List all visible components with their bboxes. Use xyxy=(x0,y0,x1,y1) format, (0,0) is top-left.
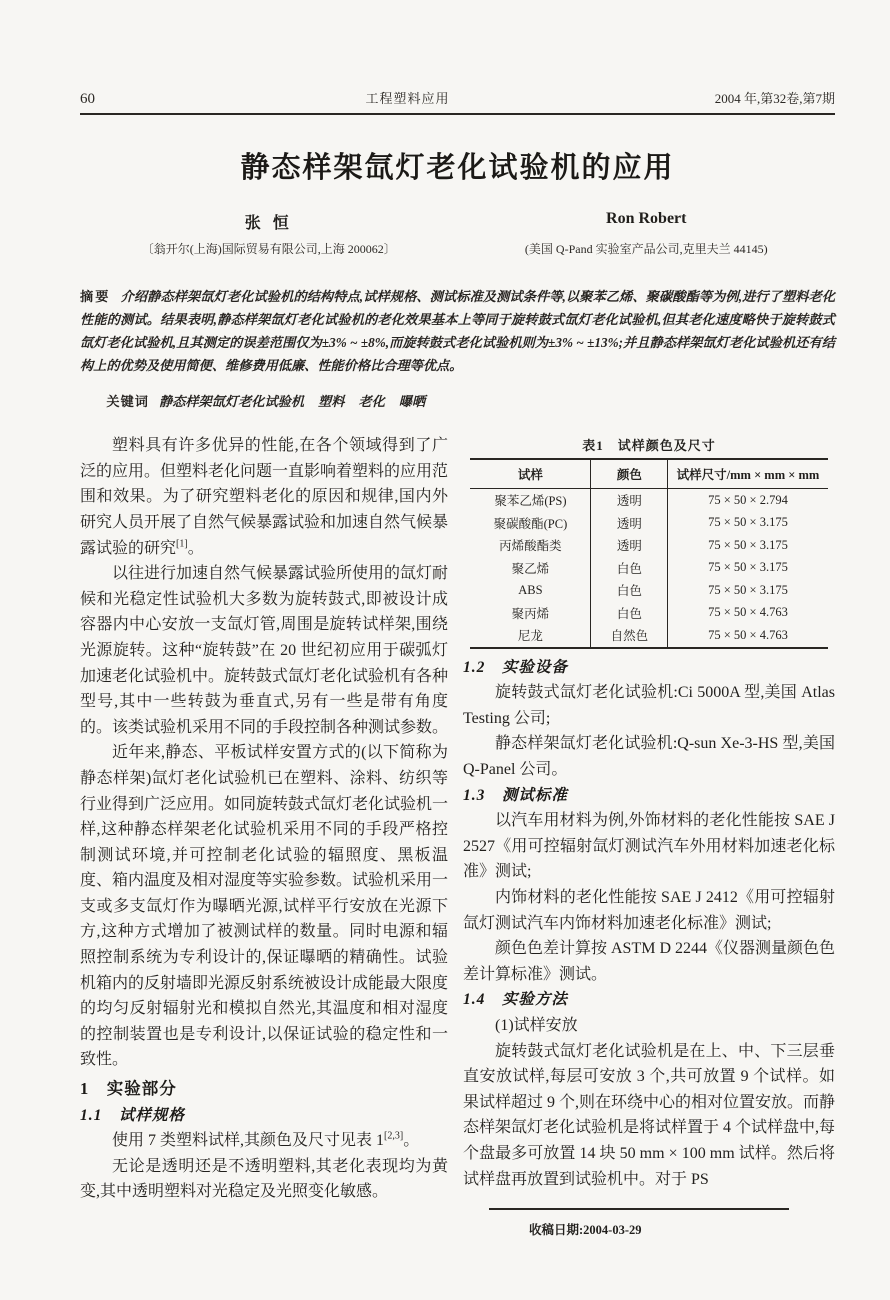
subsection-heading-specimen-spec: 1.1 试样规格 xyxy=(80,1103,448,1129)
footnote-divider xyxy=(489,1208,789,1210)
table-cell: 75 × 50 × 4.763 xyxy=(668,624,828,648)
table-cell: 75 × 50 × 3.175 xyxy=(668,557,828,580)
reference-marker: [1] xyxy=(176,538,188,549)
affiliation-row: 〔翁开尔(上海)国际贸易有限公司,上海 200062〕 (美国 Q-Pand 实… xyxy=(80,240,835,257)
table-row: 尼龙 自然色 75 × 50 × 4.763 xyxy=(470,624,827,648)
affiliation-en: (美国 Q-Pand 实验室产品公司,克里夫兰 44145) xyxy=(458,240,836,257)
table-cell: 白色 xyxy=(591,557,668,580)
table-cell: 尼龙 xyxy=(470,624,591,648)
paragraph-standard-3: 颜色色差计算按 ASTM D 2244《仪器测量颜色色差计算标准》测试。 xyxy=(463,936,835,987)
section-heading-experiment: 1 实验部分 xyxy=(80,1076,448,1102)
table-cell: 75 × 50 × 4.763 xyxy=(668,602,828,625)
table-header-cell: 试样尺寸/mm × mm × mm xyxy=(668,459,828,489)
author-en: Ron Robert xyxy=(458,210,836,233)
paragraph-static-rack: 近年来,静态、平板试样安置方式的(以下简称为静态样架)氙灯老化试验机已在塑料、涂… xyxy=(80,740,448,1073)
paragraph-specimens: 使用 7 类塑料试样,其颜色及尺寸见表 1[2,3]。 xyxy=(80,1128,448,1154)
paragraph-equipment-2: 静态样架氙灯老化试验机:Q-sun Xe-3-HS 型,美国 Q-Panel 公… xyxy=(463,731,835,782)
journal-title: 工程塑料应用 xyxy=(210,88,605,107)
subsection-heading-equipment: 1.2 实验设备 xyxy=(463,655,835,681)
reference-marker: [2,3] xyxy=(384,1131,403,1142)
paragraph-transparency: 无论是透明还是不透明塑料,其老化表现均为黄变,其中透明塑料对光稳定及光照变化敏感… xyxy=(80,1154,448,1205)
table-cell: 75 × 50 × 3.175 xyxy=(668,534,828,557)
right-column: 表1 试样颜色及尺寸 试样 颜色 试样尺寸/mm × mm × mm 聚苯乙烯(… xyxy=(463,433,835,1238)
abstract: 摘要介绍静态样架氙灯老化试验机的结构特点,试样规格、测试标准及测试条件等,以聚苯… xyxy=(80,285,835,377)
paragraph-text: 。 xyxy=(403,1132,419,1149)
paragraph-text: 使用 7 类塑料试样,其颜色及尺寸见表 1 xyxy=(112,1132,384,1149)
paragraph-equipment-1: 旋转鼓式氙灯老化试验机:Ci 5000A 型,美国 Atlas Testing … xyxy=(463,680,835,731)
table-cell: 聚乙烯 xyxy=(470,557,591,580)
keyword: 老化 xyxy=(358,394,384,409)
abstract-text: 介绍静态样架氙灯老化试验机的结构特点,试样规格、测试标准及测试条件等,以聚苯乙烯… xyxy=(80,289,835,373)
table-cell: 聚苯乙烯(PS) xyxy=(470,489,591,512)
paragraph-method-step: (1)试样安放 xyxy=(463,1013,835,1039)
table-caption: 表1 试样颜色及尺寸 xyxy=(463,435,835,454)
table-specimen-color-size: 试样 颜色 试样尺寸/mm × mm × mm 聚苯乙烯(PS) 透明 75 ×… xyxy=(470,458,827,649)
keyword: 静态样架氙灯老化试验机 xyxy=(159,394,304,409)
paragraph-rotating-drum: 以往进行加速自然气候暴露试验所使用的氙灯耐候和光稳定性试验机大多数为旋转鼓式,即… xyxy=(80,561,448,740)
table-cell: 透明 xyxy=(591,534,668,557)
table-header-cell: 试样 xyxy=(470,459,591,489)
left-column: 塑料具有许多优异的性能,在各个领域得到了广泛的应用。但塑料老化问题一直影响着塑料… xyxy=(80,433,448,1238)
received-date: 收稿日期:2004-03-29 xyxy=(529,1220,835,1238)
table-cell: 丙烯酸酯类 xyxy=(470,534,591,557)
keywords-label: 关键词 xyxy=(106,394,149,409)
table-cell: 透明 xyxy=(591,489,668,512)
table-row: ABS 白色 75 × 50 × 3.175 xyxy=(470,579,827,602)
table-cell: 聚碳酸酯(PC) xyxy=(470,512,591,535)
table-cell: 透明 xyxy=(591,512,668,535)
keyword: 塑料 xyxy=(318,394,344,409)
keywords: 关键词静态样架氙灯老化试验机塑料老化曝晒 xyxy=(80,390,835,413)
footnote: 收稿日期:2004-03-29 xyxy=(463,1208,835,1238)
table-row: 丙烯酸酯类 透明 75 × 50 × 3.175 xyxy=(470,534,827,557)
table-header-row: 试样 颜色 试样尺寸/mm × mm × mm xyxy=(470,459,827,489)
subsection-heading-standards: 1.3 测试标准 xyxy=(463,783,835,809)
table-row: 聚苯乙烯(PS) 透明 75 × 50 × 2.794 xyxy=(470,489,827,512)
author-row: 张 恒 Ron Robert xyxy=(80,210,835,233)
keyword: 曝晒 xyxy=(399,394,425,409)
table-row: 聚乙烯 白色 75 × 50 × 3.175 xyxy=(470,557,827,580)
affiliation-cn: 〔翁开尔(上海)国际贸易有限公司,上海 200062〕 xyxy=(80,240,458,257)
table-cell: 聚丙烯 xyxy=(470,602,591,625)
article-title: 静态样架氙灯老化试验机的应用 xyxy=(80,145,835,186)
paragraph-text: 。 xyxy=(188,540,204,557)
paragraph-method-detail: 旋转鼓式氙灯老化试验机是在上、中、下三层垂直安放试样,每层可安放 3 个,共可放… xyxy=(463,1039,835,1193)
paragraph-text: 塑料具有许多优异的性能,在各个领域得到了广泛的应用。但塑料老化问题一直影响着塑料… xyxy=(80,437,448,556)
table-cell: ABS xyxy=(470,579,591,602)
body-columns: 塑料具有许多优异的性能,在各个领域得到了广泛的应用。但塑料老化问题一直影响着塑料… xyxy=(80,433,835,1238)
page-number: 60 xyxy=(80,91,210,108)
author-cn: 张 恒 xyxy=(80,210,458,233)
page-header: 60 工程塑料应用 2004 年,第32卷,第7期 xyxy=(80,0,835,108)
issue-info: 2004 年,第32卷,第7期 xyxy=(605,88,835,107)
table-cell: 75 × 50 × 3.175 xyxy=(668,579,828,602)
header-rule xyxy=(80,113,835,115)
subsection-heading-method: 1.4 实验方法 xyxy=(463,987,835,1013)
journal-page: 60 工程塑料应用 2004 年,第32卷,第7期 静态样架氙灯老化试验机的应用… xyxy=(0,0,890,1300)
table-row: 聚丙烯 白色 75 × 50 × 4.763 xyxy=(470,602,827,625)
table-cell: 75 × 50 × 2.794 xyxy=(668,489,828,512)
table-cell: 75 × 50 × 3.175 xyxy=(668,512,828,535)
table-cell: 自然色 xyxy=(591,624,668,648)
abstract-label: 摘要 xyxy=(80,289,111,304)
table-header-cell: 颜色 xyxy=(591,459,668,489)
paragraph-intro: 塑料具有许多优异的性能,在各个领域得到了广泛的应用。但塑料老化问题一直影响着塑料… xyxy=(80,433,448,561)
table-cell: 白色 xyxy=(591,602,668,625)
table-row: 聚碳酸酯(PC) 透明 75 × 50 × 3.175 xyxy=(470,512,827,535)
paragraph-standard-1: 以汽车用材料为例,外饰材料的老化性能按 SAE J 2527《用可控辐射氙灯测试… xyxy=(463,808,835,885)
table-cell: 白色 xyxy=(591,579,668,602)
paragraph-standard-2: 内饰材料的老化性能按 SAE J 2412《用可控辐射氙灯测试汽车内饰材料加速老… xyxy=(463,885,835,936)
